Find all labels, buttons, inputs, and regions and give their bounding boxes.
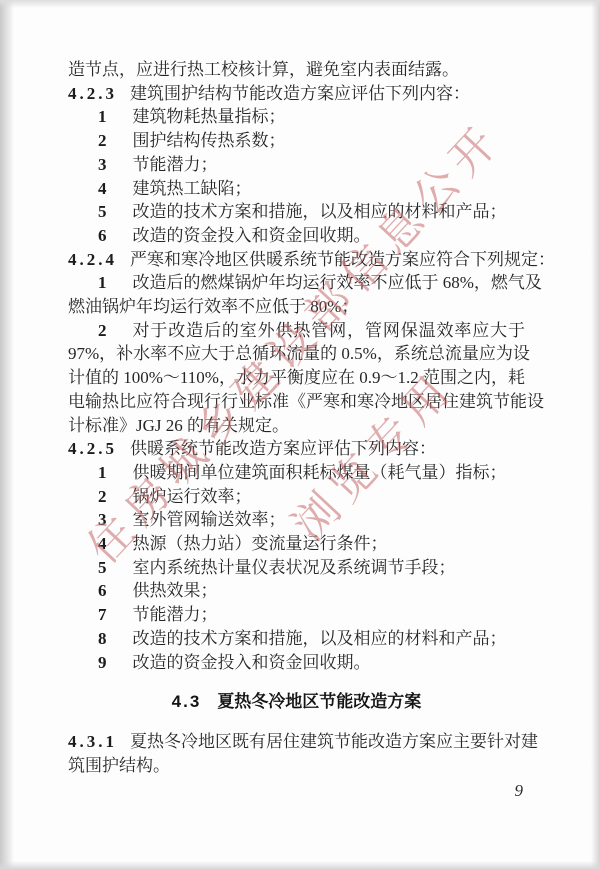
text-line: 4热源（热力站）变流量运行条件；	[68, 532, 525, 556]
item-number: 3	[98, 510, 107, 529]
line-text: 计标准》JGJ 26 的有关规定。	[68, 416, 289, 435]
line-text: 计值的 100%～110%，水力平衡度应在 0.9～1.2 范围之内，耗	[68, 368, 525, 387]
line-text: 改造的技术方案和措施，以及相应的材料和产品；	[133, 629, 507, 648]
text-line: 4.3.1夏热冬冷地区既有居住建筑节能改造方案应主要针对建	[68, 730, 525, 754]
line-text: 筑围护结构。	[68, 756, 170, 775]
text-line: 3室外管网输送效率；	[68, 508, 525, 532]
item-number: 2	[98, 487, 107, 506]
item-number: 5	[98, 558, 107, 577]
line-text: 锅炉运行效率；	[133, 487, 252, 506]
text-line: 计标准》JGJ 26 的有关规定。	[68, 414, 525, 438]
clause-number: 4.2.5	[68, 439, 117, 458]
line-text: 供暖系统节能改造方案应评估下列内容：	[130, 439, 436, 458]
text-line: 3节能潜力；	[68, 153, 525, 177]
line-text: 改造的技术方案和措施，以及相应的材料和产品；	[133, 202, 507, 221]
text-line: 97%，补水率不应大于总循环流量的 0.5%，系统总流量应为设	[68, 342, 525, 366]
line-text: 改造的资金投入和资金回收期。	[133, 653, 371, 672]
item-number: 5	[98, 202, 107, 221]
clause-number: 4.2.4	[68, 250, 117, 269]
line-text: 97%，补水率不应大于总循环流量的 0.5%，系统总流量应为设	[68, 344, 530, 363]
item-number: 6	[98, 581, 107, 600]
line-text: 节能潜力；	[133, 155, 218, 174]
text-line: 2围护结构传热系数；	[68, 129, 525, 153]
item-number: 7	[98, 605, 107, 624]
line-text: 对于改造后的室外供热管网，管网保温效率应大于	[133, 319, 526, 343]
item-number: 3	[98, 155, 107, 174]
section-heading: 4.3夏热冬冷地区节能改造方案	[68, 690, 525, 714]
text-line: 4.2.5供暖系统节能改造方案应评估下列内容：	[68, 437, 525, 461]
scan-edge-bottom	[0, 861, 600, 869]
document-page: 造节点，应进行热工校核计算，避免室内表面结露。4.2.3建筑围护结构节能改造方案…	[0, 0, 600, 869]
line-text: 建筑围护结构节能改造方案应评估下列内容：	[130, 84, 470, 103]
item-number: 2	[98, 131, 107, 150]
item-number: 1	[98, 107, 107, 126]
line-text: 建筑热工缺陷；	[133, 179, 252, 198]
item-number: 4	[98, 179, 107, 198]
line-text: 夏热冬冷地区既有居住建筑节能改造方案应主要针对建	[130, 732, 538, 751]
item-number: 2	[98, 319, 107, 343]
line-text: 夏热冬冷地区节能改造方案	[217, 692, 421, 711]
line-text: 改造的资金投入和资金回收期。	[133, 226, 371, 245]
text-line: 1建筑物耗热量指标；	[68, 105, 525, 129]
scan-edge-left	[0, 0, 14, 869]
item-number: 1	[98, 273, 107, 292]
document-content: 造节点，应进行热工校核计算，避免室内表面结露。4.2.3建筑围护结构节能改造方案…	[68, 58, 525, 777]
line-text: 严寒和寒冷地区供暖系统节能改造方案应符合下列规定：	[130, 250, 555, 269]
line-text: 造节点，应进行热工校核计算，避免室内表面结露。	[68, 60, 459, 79]
scan-edge-top	[0, 0, 600, 8]
text-line: 4建筑热工缺陷；	[68, 177, 525, 201]
line-text: 室内系统热计量仪表状况及系统调节手段；	[133, 558, 456, 577]
line-text: 建筑物耗热量指标；	[133, 107, 286, 126]
text-line: 1供暖期间单位建筑面积耗标煤量（耗气量）指标；	[68, 461, 525, 485]
text-line: 电输热比应符合现行行业标准《严寒和寒冷地区居住建筑节能设	[68, 390, 525, 414]
clause-number: 4.3.1	[68, 732, 117, 751]
line-text: 室外管网输送效率；	[133, 510, 286, 529]
text-line: 2对于改造后的室外供热管网，管网保温效率应大于	[68, 319, 525, 343]
scan-edge-right	[591, 0, 600, 869]
clause-number: 4.3	[172, 692, 202, 711]
text-line: 5室内系统热计量仪表状况及系统调节手段；	[68, 556, 525, 580]
line-text: 围护结构传热系数；	[133, 131, 286, 150]
line-text: 节能潜力；	[133, 605, 218, 624]
text-line: 筑围护结构。	[68, 754, 525, 778]
text-line: 燃油锅炉年均运行效率不应低于 80%；	[68, 295, 525, 319]
text-line: 8改造的技术方案和措施，以及相应的材料和产品；	[68, 627, 525, 651]
line-text: 电输热比应符合现行行业标准《严寒和寒冷地区居住建筑节能设	[68, 392, 544, 411]
page-number: 9	[515, 780, 524, 802]
text-line: 6供热效果；	[68, 579, 525, 603]
text-line: 计值的 100%～110%，水力平衡度应在 0.9～1.2 范围之内，耗	[68, 366, 525, 390]
item-number: 4	[98, 534, 107, 553]
line-text: 供暖期间单位建筑面积耗标煤量（耗气量）指标；	[133, 463, 507, 482]
text-line: 9改造的资金投入和资金回收期。	[68, 651, 525, 675]
item-number: 9	[98, 653, 107, 672]
line-text: 供热效果；	[133, 581, 218, 600]
text-line: 1改造后的燃煤锅炉年均运行效率不应低于 68%，燃气及	[68, 271, 525, 295]
item-number: 6	[98, 226, 107, 245]
text-line: 4.2.3建筑围护结构节能改造方案应评估下列内容：	[68, 82, 525, 106]
text-line: 2锅炉运行效率；	[68, 485, 525, 509]
text-line: 6改造的资金投入和资金回收期。	[68, 224, 525, 248]
line-text: 燃油锅炉年均运行效率不应低于 80%；	[68, 297, 358, 316]
line-text: 改造后的燃煤锅炉年均运行效率不应低于 68%，燃气及	[133, 273, 542, 292]
line-text: 热源（热力站）变流量运行条件；	[133, 534, 388, 553]
clause-number: 4.2.3	[68, 84, 117, 103]
item-number: 1	[98, 463, 107, 482]
text-line: 造节点，应进行热工校核计算，避免室内表面结露。	[68, 58, 525, 82]
text-line: 7节能潜力；	[68, 603, 525, 627]
item-number: 8	[98, 629, 107, 648]
text-line: 4.2.4严寒和寒冷地区供暖系统节能改造方案应符合下列规定：	[68, 248, 525, 272]
text-line: 5改造的技术方案和措施，以及相应的材料和产品；	[68, 200, 525, 224]
